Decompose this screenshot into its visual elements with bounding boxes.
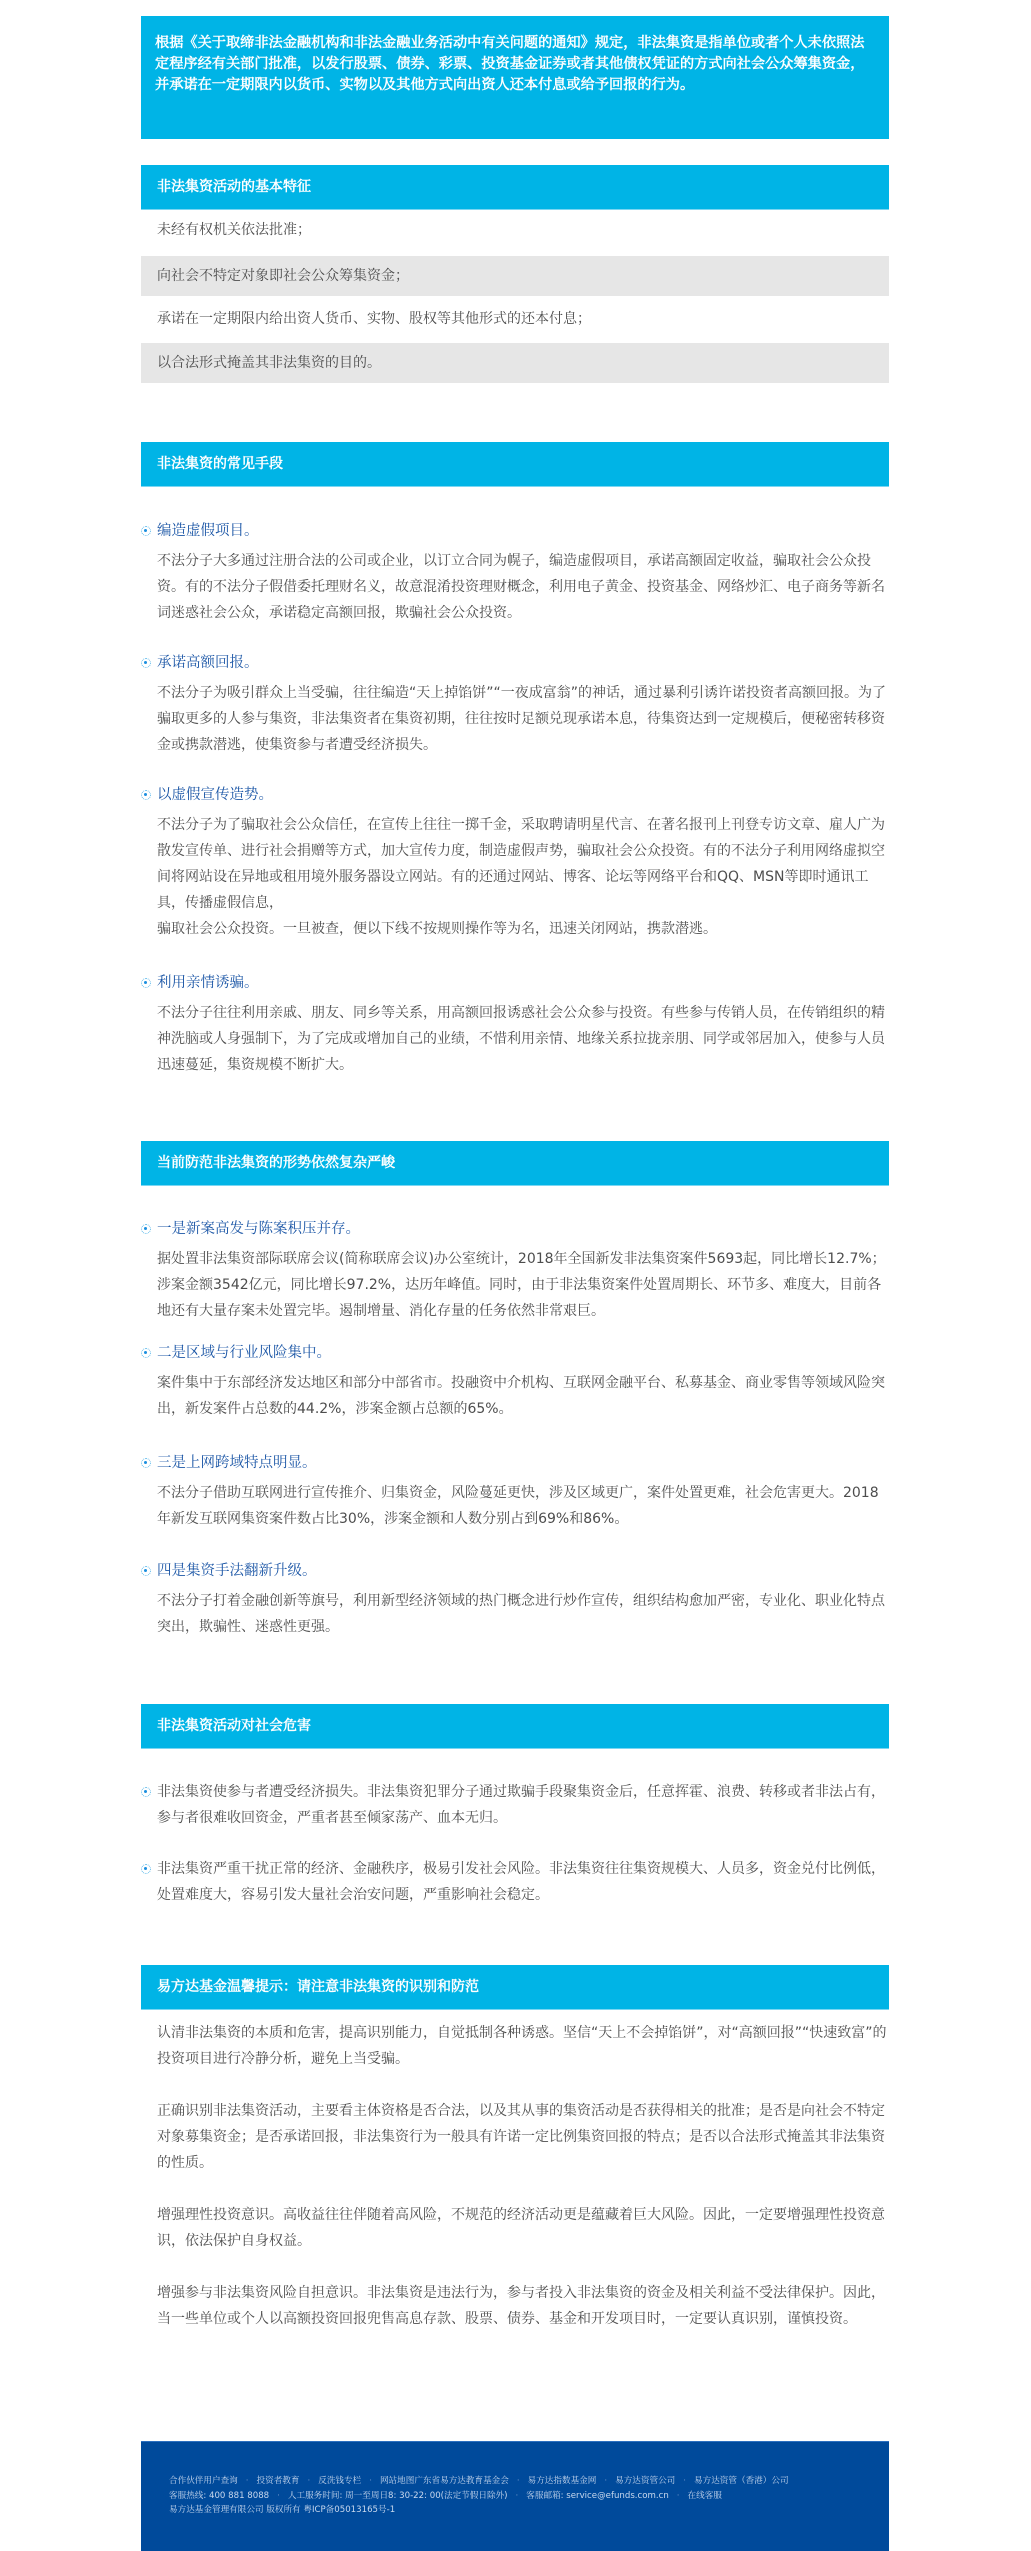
situation-body-text: 据处置非法集资部际联席会议(简称联席会议)办公室统计，2018年全国新发非法集资… (157, 1246, 889, 1324)
bullet-icon (141, 1348, 151, 1358)
tip-paragraph: 增强参与非法集资风险自担意识。非法集资是违法行为，参与者投入非法集资的资金及相关… (141, 2280, 889, 2332)
footer-link-partner-query[interactable]: 合作伙伴用户查询 (169, 2476, 238, 2486)
separator: · (246, 2474, 249, 2489)
bullet-icon (141, 790, 151, 800)
harm-item: 非法集资严重干扰正常的经济、金融秩序，极易引发社会风险。非法集资往往集资规模大、… (141, 1856, 889, 1908)
footer-email-link[interactable]: 客服邮箱: service@efunds.com.cn (526, 2491, 669, 2501)
bullet-icon (141, 658, 151, 668)
feature-item: 向社会不特定对象即社会公众筹集资金； (141, 256, 889, 296)
method-item-body: 不法分子大多通过注册合法的公司或企业，以订立合同为幌子，编造虚假项目，承诺高额固… (141, 548, 889, 626)
footer-online-service-link[interactable]: 在线客服 (688, 2491, 722, 2501)
situation-item-title: 二是区域与行业风险集中。 (141, 1342, 889, 1366)
situation-body-text: 不法分子借助互联网进行宣传推介、归集资金，风险蔓延更快，涉及区域更广，案件处置更… (157, 1480, 889, 1532)
method-item-title: 编造虚假项目。 (141, 520, 889, 544)
method-item: 编造虚假项目。 不法分子大多通过注册合法的公司或企业，以订立合同为幌子，编造虚假… (141, 520, 889, 626)
harm-text: 非法集资使参与者遭受经济损失。非法集资犯罪分子通过欺骗手段聚集资金后，任意挥霍、… (157, 1784, 885, 1826)
footer-link-asset-management[interactable]: 易方达资管公司 (615, 2476, 675, 2486)
separator: · (604, 2474, 607, 2489)
situation-title-text: 二是区域与行业风险集中。 (157, 1345, 331, 1361)
method-item-body: 不法分子为吸引群众上当受骗，往往编造“天上掉馅饼”“一夜成富翁”的神话，通过暴利… (141, 680, 889, 758)
separator: · (516, 2489, 519, 2504)
bullet-icon (141, 526, 151, 536)
situation-item-title: 一是新案高发与陈案积压并存。 (141, 1218, 889, 1242)
method-item-title: 以虚假宣传造势。 (141, 784, 889, 808)
intro-box: 根据《关于取缔非法金融机构和非法金融业务活动中有关问题的通知》规定，非法集资是指… (141, 16, 889, 139)
footer-link-anti-money-laundering[interactable]: 反洗钱专栏 (318, 2476, 361, 2486)
tip-paragraph: 认清非法集资的本质和危害，提高识别能力，自觉抵制各种诱惑。坚信“天上不会掉馅饼”… (141, 2020, 889, 2072)
footer-link-sitemap-foundation[interactable]: 网站地图广东省易方达教育基金会 (380, 2476, 509, 2486)
separator: · (677, 2489, 680, 2504)
method-item: 以虚假宣传造势。 不法分子为了骗取社会公众信任，在宣传上往往一掷千金，采取聘请明… (141, 784, 889, 942)
bullet-icon (141, 1864, 151, 1874)
footer-links: 合作伙伴用户查询·投资者教育·反洗钱专栏·网站地图广东省易方达教育基金会·易方达… (169, 2474, 889, 2489)
bullet-icon (141, 1566, 151, 1576)
separator: · (369, 2474, 372, 2489)
situation-item-title: 四是集资手法翻新升级。 (141, 1560, 889, 1584)
footer-service-hours: 人工服务时间: 周一至周日8: 30-22: 00(法定节假日除外) (288, 2491, 508, 2501)
method-body-text: 骗取社会公众投资。一旦被查，便以下线不按规则操作等为名，迅速关闭网站，携款潜逃。 (157, 916, 889, 942)
section-header-tips: 易方达基金温馨提示：请注意非法集资的识别和防范 (141, 1965, 889, 2010)
separator: · (683, 2474, 686, 2489)
situation-body-text: 案件集中于东部经济发达地区和部分中部省市。投融资中介机构、互联网金融平台、私募基… (157, 1370, 889, 1422)
method-title-text: 利用亲情诱骗。 (157, 975, 259, 991)
situation-title-text: 一是新案高发与陈案积压并存。 (157, 1221, 360, 1237)
footer-hotline: 客服热线: 400 881 8088 (169, 2491, 269, 2501)
method-title-text: 编造虚假项目。 (157, 523, 259, 539)
method-body-text: 不法分子大多通过注册合法的公司或企业，以订立合同为幌子，编造虚假项目，承诺高额固… (157, 548, 889, 626)
section-header-features: 非法集资活动的基本特征 (141, 165, 889, 210)
method-body-text: 不法分子为吸引群众上当受骗，往往编造“天上掉馅饼”“一夜成富翁”的神话，通过暴利… (157, 680, 889, 758)
situation-title-text: 四是集资手法翻新升级。 (157, 1563, 317, 1579)
method-body-text: 不法分子为了骗取社会公众信任，在宣传上往往一掷千金，采取聘请明星代言、在著名报刊… (157, 812, 889, 916)
method-body-text: 不法分子往往利用亲戚、朋友、同乡等关系，用高额回报诱惑社会公众参与投资。有些参与… (157, 1000, 889, 1078)
situation-item-body: 不法分子借助互联网进行宣传推介、归集资金，风险蔓延更快，涉及区域更广，案件处置更… (141, 1480, 889, 1532)
section-header-harms: 非法集资活动对社会危害 (141, 1704, 889, 1749)
method-item: 利用亲情诱骗。 不法分子往往利用亲戚、朋友、同乡等关系，用高额回报诱惑社会公众参… (141, 972, 889, 1078)
footer-link-investor-education[interactable]: 投资者教育 (257, 2476, 300, 2486)
footer-link-index-fund[interactable]: 易方达指数基金网 (528, 2476, 597, 2486)
harm-text: 非法集资严重干扰正常的经济、金融秩序，极易引发社会风险。非法集资往往集资规模大、… (157, 1861, 885, 1903)
situation-item: 三是上网跨域特点明显。 不法分子借助互联网进行宣传推介、归集资金，风险蔓延更快，… (141, 1452, 889, 1532)
method-item-title: 承诺高额回报。 (141, 652, 889, 676)
bullet-icon (141, 1787, 151, 1797)
method-item-body: 不法分子往往利用亲戚、朋友、同乡等关系，用高额回报诱惑社会公众参与投资。有些参与… (141, 1000, 889, 1078)
feature-item: 以合法形式掩盖其非法集资的目的。 (141, 343, 889, 383)
footer-copyright: 易方达基金管理有限公司 版权所有 粤ICP备05013165号-1 (169, 2503, 889, 2518)
intro-text: 根据《关于取缔非法金融机构和非法金融业务活动中有关问题的通知》规定，非法集资是指… (155, 33, 875, 96)
bullet-icon (141, 978, 151, 988)
section-header-situation: 当前防范非法集资的形势依然复杂严峻 (141, 1141, 889, 1186)
separator: · (517, 2474, 520, 2489)
bullet-icon (141, 1458, 151, 1468)
method-item: 承诺高额回报。 不法分子为吸引群众上当受骗，往往编造“天上掉馅饼”“一夜成富翁”… (141, 652, 889, 758)
situation-item: 四是集资手法翻新升级。 不法分子打着金融创新等旗号，利用新型经济领域的热门概念进… (141, 1560, 889, 1640)
separator: · (307, 2474, 310, 2489)
harm-item: 非法集资使参与者遭受经济损失。非法集资犯罪分子通过欺骗手段聚集资金后，任意挥霍、… (141, 1779, 889, 1831)
situation-item-body: 不法分子打着金融创新等旗号，利用新型经济领域的热门概念进行炒作宣传，组织结构愈加… (141, 1588, 889, 1640)
situation-item-title: 三是上网跨域特点明显。 (141, 1452, 889, 1476)
feature-item: 承诺在一定期限内给出资人货币、实物、股权等其他形式的还本付息； (141, 299, 889, 339)
method-title-text: 以虚假宣传造势。 (157, 787, 273, 803)
method-item-title: 利用亲情诱骗。 (141, 972, 889, 996)
footer-contact: 客服热线: 400 881 8088·人工服务时间: 周一至周日8: 30-22… (169, 2489, 889, 2504)
situation-item: 一是新案高发与陈案积压并存。 据处置非法集资部际联席会议(简称联席会议)办公室统… (141, 1218, 889, 1324)
site-footer: 合作伙伴用户查询·投资者教育·反洗钱专栏·网站地图广东省易方达教育基金会·易方达… (141, 2441, 889, 2551)
bullet-icon (141, 1224, 151, 1234)
tip-paragraph: 增强理性投资意识。高收益往往伴随着高风险，不规范的经济活动更是蕴藏着巨大风险。因… (141, 2202, 889, 2254)
situation-item-body: 案件集中于东部经济发达地区和部分中部省市。投融资中介机构、互联网金融平台、私募基… (141, 1370, 889, 1422)
method-title-text: 承诺高额回报。 (157, 655, 259, 671)
feature-item: 未经有权机关依法批准； (141, 210, 889, 250)
tip-paragraph: 正确识别非法集资活动，主要看主体资格是否合法，以及其从事的集资活动是否获得相关的… (141, 2098, 889, 2176)
situation-title-text: 三是上网跨域特点明显。 (157, 1455, 317, 1471)
situation-item-body: 据处置非法集资部际联席会议(简称联席会议)办公室统计，2018年全国新发非法集资… (141, 1246, 889, 1324)
separator: · (277, 2489, 280, 2504)
footer-link-asset-management-hk[interactable]: 易方达资管（香港）公司 (694, 2476, 789, 2486)
method-item-body: 不法分子为了骗取社会公众信任，在宣传上往往一掷千金，采取聘请明星代言、在著名报刊… (141, 812, 889, 942)
situation-body-text: 不法分子打着金融创新等旗号，利用新型经济领域的热门概念进行炒作宣传，组织结构愈加… (157, 1588, 889, 1640)
situation-item: 二是区域与行业风险集中。 案件集中于东部经济发达地区和部分中部省市。投融资中介机… (141, 1342, 889, 1422)
section-header-methods: 非法集资的常见手段 (141, 442, 889, 487)
